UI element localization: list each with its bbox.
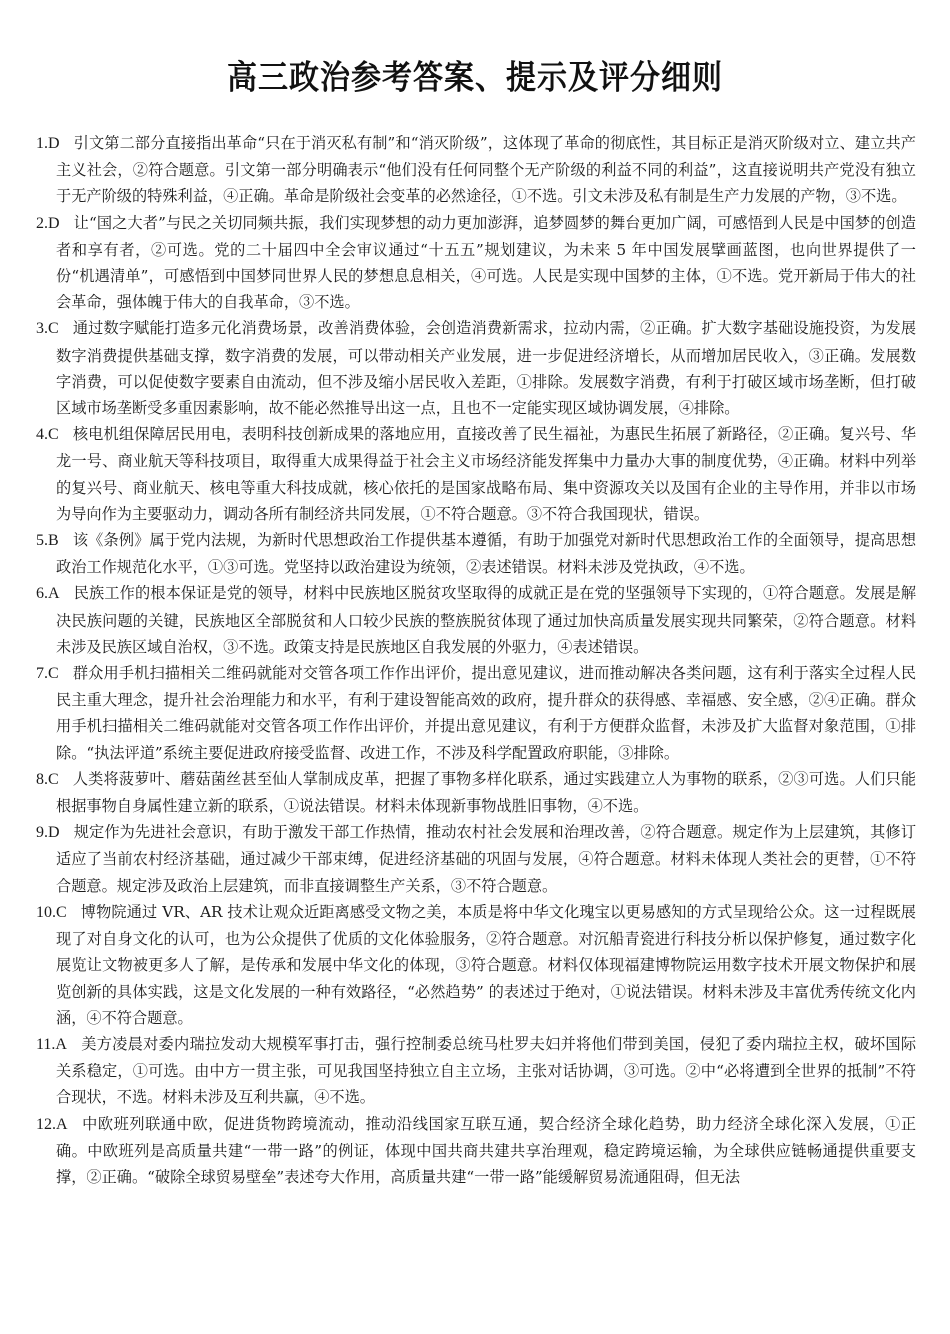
answer-letter: B — [48, 532, 59, 549]
answer-letter: C — [48, 320, 59, 337]
explanation-text: 该《条例》属于党内法规，为新时代思想政治工作提供基本遵循，有助于加强党对新时代思… — [56, 531, 916, 576]
answer-letter: A — [56, 1116, 68, 1133]
question-number: 8. — [36, 771, 48, 788]
question-number: 12. — [36, 1116, 56, 1133]
question-number: 4. — [36, 426, 48, 443]
answer-item-1: 1.D引文第二部分直接指出革命“只在于消灭私有制”和“消灭阶级”，这体现了革命的… — [36, 130, 916, 210]
explanation-text: 核电机组保障居民用电，表明科技创新成果的落地应用，直接改善了民生福祉，为惠民生拓… — [56, 425, 916, 523]
explanation-text: 规定作为先进社会意识，有助于激发干部工作热情，推动农村社会发展和治理改善，②符合… — [56, 823, 916, 894]
explanation-text: 引文第二部分直接指出革命“只在于消灭私有制”和“消灭阶级”，这体现了革命的彻底性… — [56, 134, 916, 205]
question-number: 9. — [36, 824, 48, 841]
answer-letter: A — [55, 1036, 67, 1053]
explanation-text: 通过数字赋能打造多元化消费场景，改善消费体验，会创造消费新需求，拉动内需，②正确… — [56, 319, 916, 417]
question-number: 2. — [36, 215, 48, 232]
answer-item-5: 5.B该《条例》属于党内法规，为新时代思想政治工作提供基本遵循，有助于加强党对新… — [36, 527, 916, 580]
answer-letter: D — [48, 135, 60, 152]
answer-item-4: 4.C核电机组保障居民用电，表明科技创新成果的落地应用，直接改善了民生福祉，为惠… — [36, 421, 916, 527]
question-number: 1. — [36, 135, 48, 152]
answer-letter: C — [48, 665, 59, 682]
explanation-text: 中欧班列联通中欧，促进货物跨境流动，推动沿线国家互联互通，契合经济全球化趋势，助… — [56, 1115, 916, 1186]
question-number: 11. — [36, 1036, 55, 1053]
answer-list: 1.D引文第二部分直接指出革命“只在于消灭私有制”和“消灭阶级”，这体现了革命的… — [36, 130, 916, 1190]
explanation-text: 群众用手机扫描相关二维码就能对交管各项工作作出评价，提出意见建议，进而推动解决各… — [56, 664, 916, 762]
answer-letter: D — [48, 215, 60, 232]
answer-item-8: 8.C人类将菠萝叶、蘑菇菌丝甚至仙人掌制成皮革，把握了事物多样化联系，通过实践建… — [36, 766, 916, 819]
answer-item-6: 6.A民族工作的根本保证是党的领导，材料中民族地区脱贫攻坚取得的成就正是在党的坚… — [36, 580, 916, 660]
answer-item-7: 7.C群众用手机扫描相关二维码就能对交管各项工作作出评价，提出意见建议，进而推动… — [36, 660, 916, 766]
answer-item-11: 11.A美方凌晨对委内瑞拉发动大规模军事打击，强行控制委总统马杜罗夫妇并将他们带… — [36, 1031, 916, 1111]
explanation-text: 美方凌晨对委内瑞拉发动大规模军事打击，强行控制委总统马杜罗夫妇并将他们带到美国，… — [56, 1035, 916, 1106]
answer-letter: C — [56, 904, 67, 921]
answer-letter: D — [48, 824, 60, 841]
answer-item-9: 9.D规定作为先进社会意识，有助于激发干部工作热情，推动农村社会发展和治理改善，… — [36, 819, 916, 899]
answer-item-10: 10.C博物院通过 VR、AR 技术让观众近距离感受文物之美，本质是将中华文化瑰… — [36, 899, 916, 1031]
question-number: 10. — [36, 904, 56, 921]
explanation-text: 让“国之大者”与民之关切同频共振，我们实现梦想的动力更加澎湃，追梦圆梦的舞台更加… — [56, 214, 916, 312]
answer-letter: C — [48, 771, 59, 788]
question-number: 7. — [36, 665, 48, 682]
answer-item-12: 12.A中欧班列联通中欧，促进货物跨境流动，推动沿线国家互联互通，契合经济全球化… — [36, 1111, 916, 1191]
question-number: 3. — [36, 320, 48, 337]
explanation-text: 博物院通过 VR、AR 技术让观众近距离感受文物之美，本质是将中华文化瑰宝以更易… — [56, 903, 916, 1027]
explanation-text: 民族工作的根本保证是党的领导，材料中民族地区脱贫攻坚取得的成就正是在党的坚强领导… — [56, 584, 916, 655]
question-number: 6. — [36, 585, 48, 602]
answer-letter: A — [48, 585, 60, 602]
answer-letter: C — [48, 426, 59, 443]
explanation-text: 人类将菠萝叶、蘑菇菌丝甚至仙人掌制成皮革，把握了事物多样化联系，通过实践建立人为… — [56, 770, 916, 815]
answer-item-3: 3.C通过数字赋能打造多元化消费场景，改善消费体验，会创造消费新需求，拉动内需，… — [36, 315, 916, 421]
answer-item-2: 2.D让“国之大者”与民之关切同频共振，我们实现梦想的动力更加澎湃，追梦圆梦的舞… — [36, 210, 916, 316]
question-number: 5. — [36, 532, 48, 549]
page-title: 高三政治参考答案、提示及评分细则 — [0, 50, 950, 98]
